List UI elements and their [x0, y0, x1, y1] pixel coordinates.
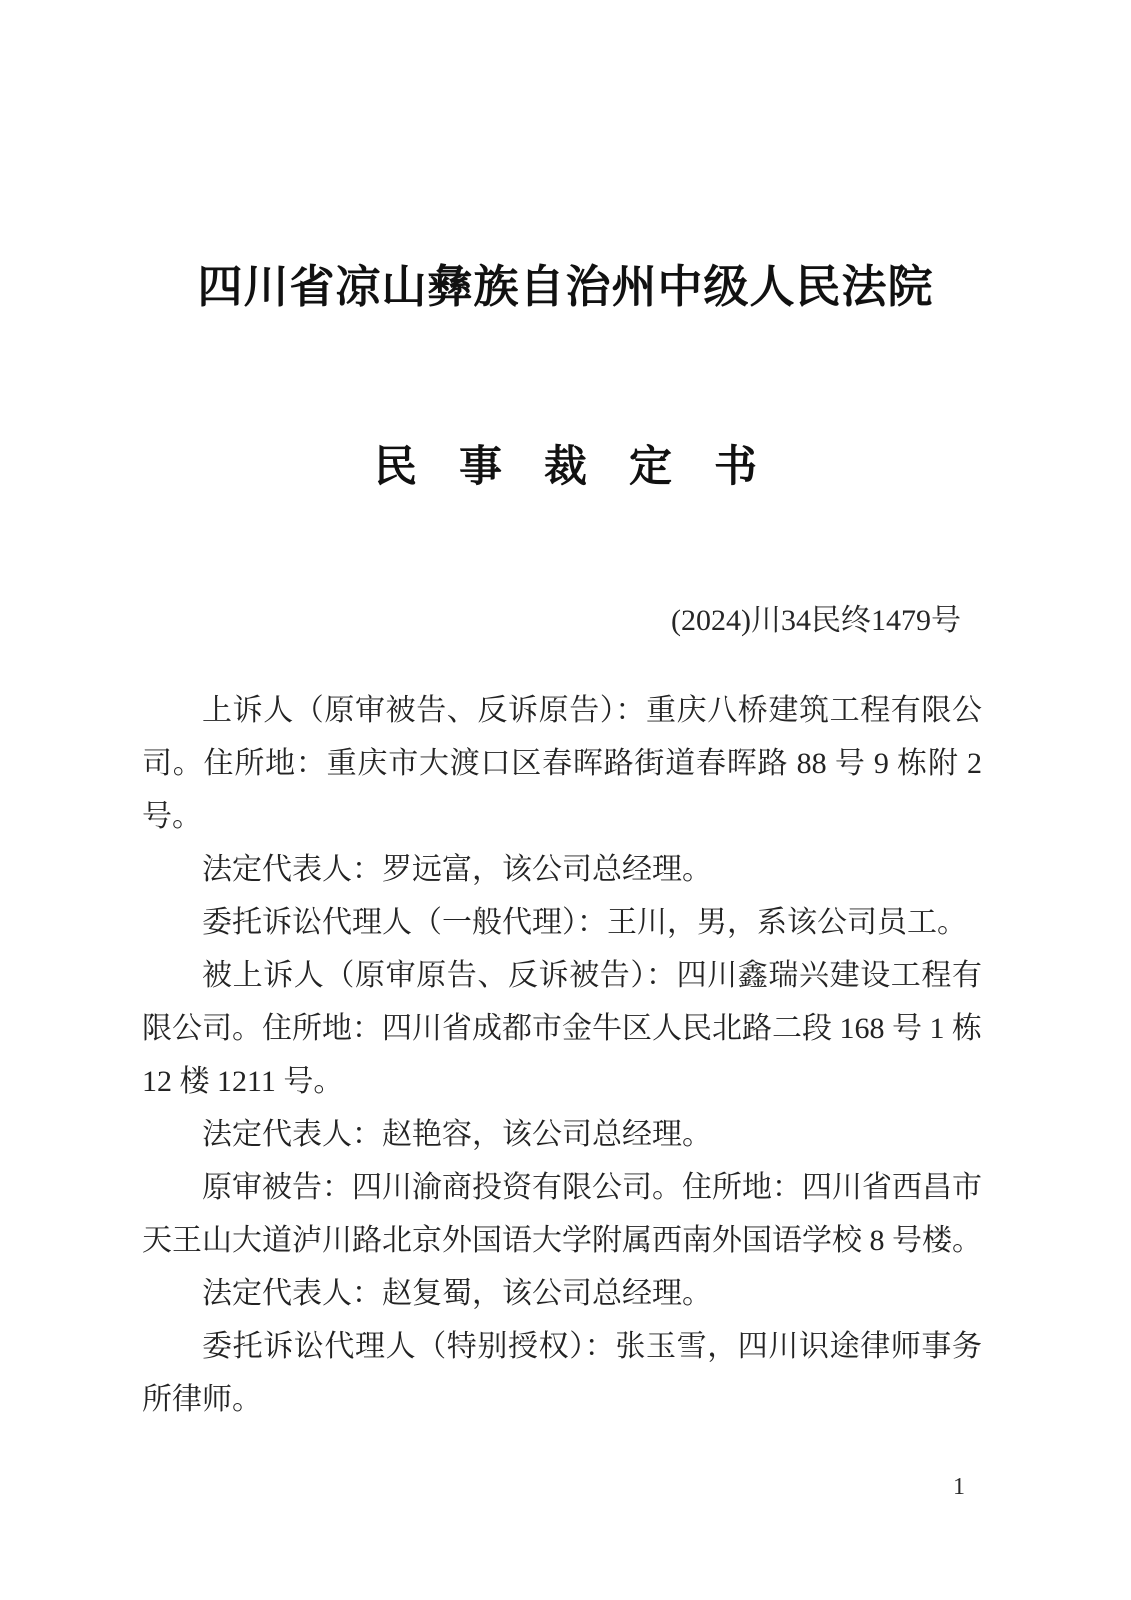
paragraph: 委托诉讼代理人（特别授权）：张玉雪，四川识途律师事务所律师。 — [142, 1320, 982, 1426]
paragraph: 上诉人（原审被告、反诉原告）：重庆八桥建筑工程有限公司。住所地：重庆市大渡口区春… — [142, 684, 982, 843]
document-title: 民事裁定书 — [0, 433, 1131, 494]
page-number: 1 — [953, 1474, 965, 1501]
paragraph: 法定代表人：罗远富，该公司总经理。 — [142, 843, 982, 896]
case-number: (2024)川34民终1479号 — [671, 595, 961, 639]
paragraph: 委托诉讼代理人（一般代理）：王川，男，系该公司员工。 — [142, 896, 982, 949]
document-body: 上诉人（原审被告、反诉原告）：重庆八桥建筑工程有限公司。住所地：重庆市大渡口区春… — [142, 684, 982, 1426]
paragraph: 法定代表人：赵复蜀，该公司总经理。 — [142, 1267, 982, 1320]
paragraph: 原审被告：四川渝商投资有限公司。住所地：四川省西昌市天王山大道泸川路北京外国语大… — [142, 1161, 982, 1267]
court-name: 四川省凉山彝族自治州中级人民法院 — [0, 250, 1131, 315]
paragraph: 被上诉人（原审原告、反诉被告）：四川鑫瑞兴建设工程有限公司。住所地：四川省成都市… — [142, 949, 982, 1108]
paragraph: 法定代表人：赵艳容，该公司总经理。 — [142, 1108, 982, 1161]
document-page: 四川省凉山彝族自治州中级人民法院 民事裁定书 (2024)川34民终1479号 … — [0, 0, 1131, 1600]
